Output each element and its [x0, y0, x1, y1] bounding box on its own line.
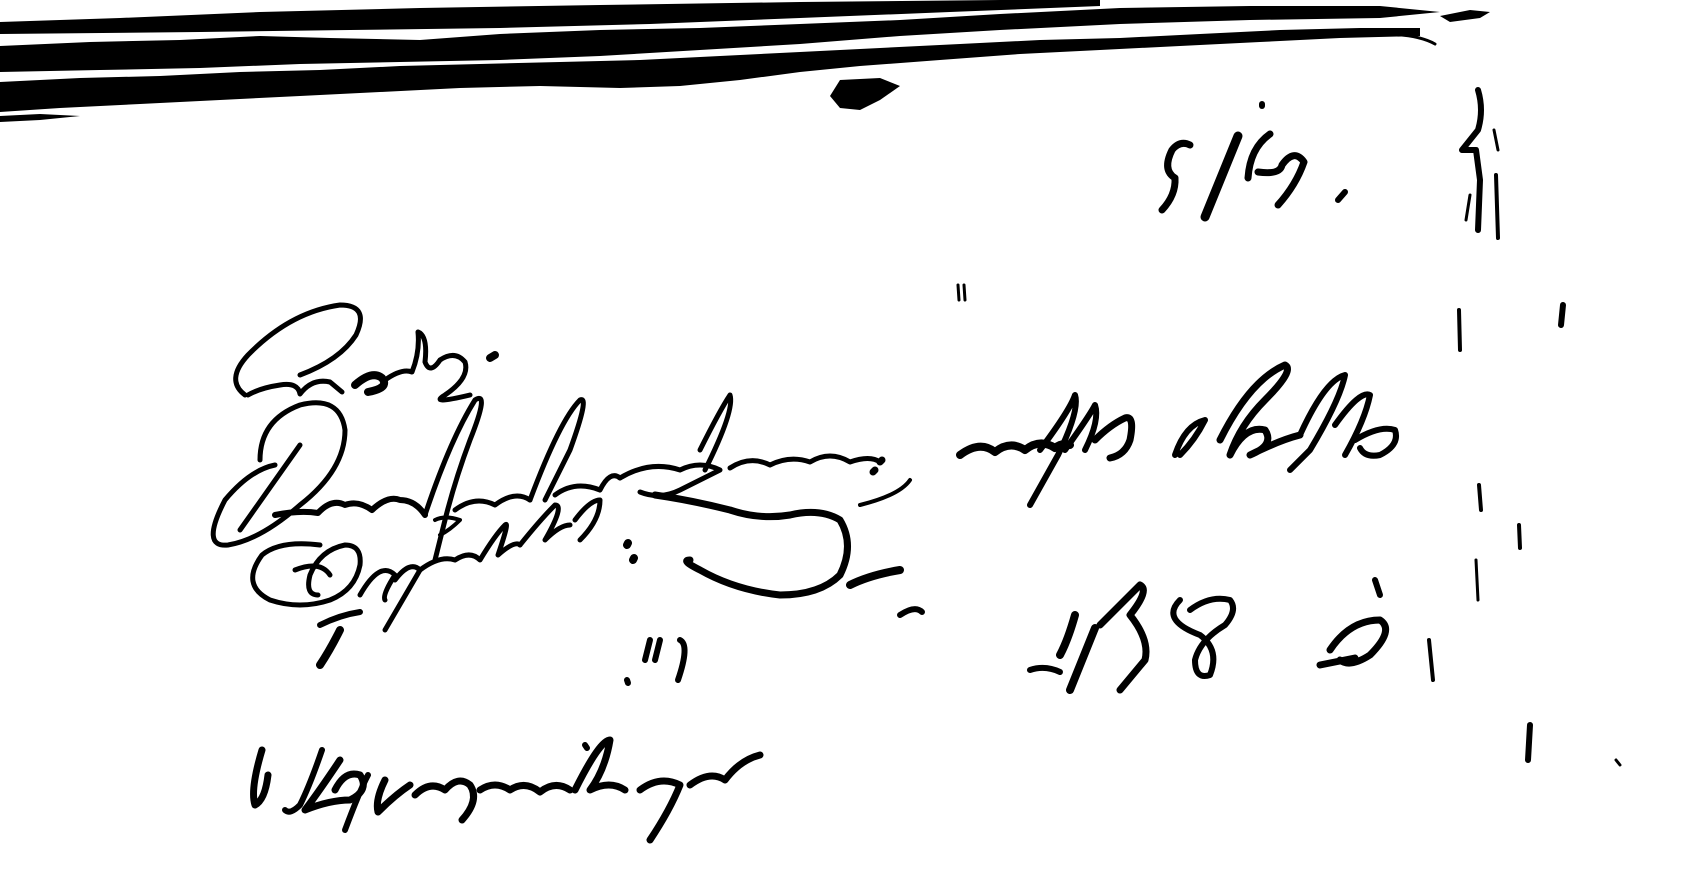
handwriting-line-5	[0, 0, 1682, 890]
document-page: 513. Aeondg Bernhardt Zobel: aeps Roffe …	[0, 0, 1682, 890]
